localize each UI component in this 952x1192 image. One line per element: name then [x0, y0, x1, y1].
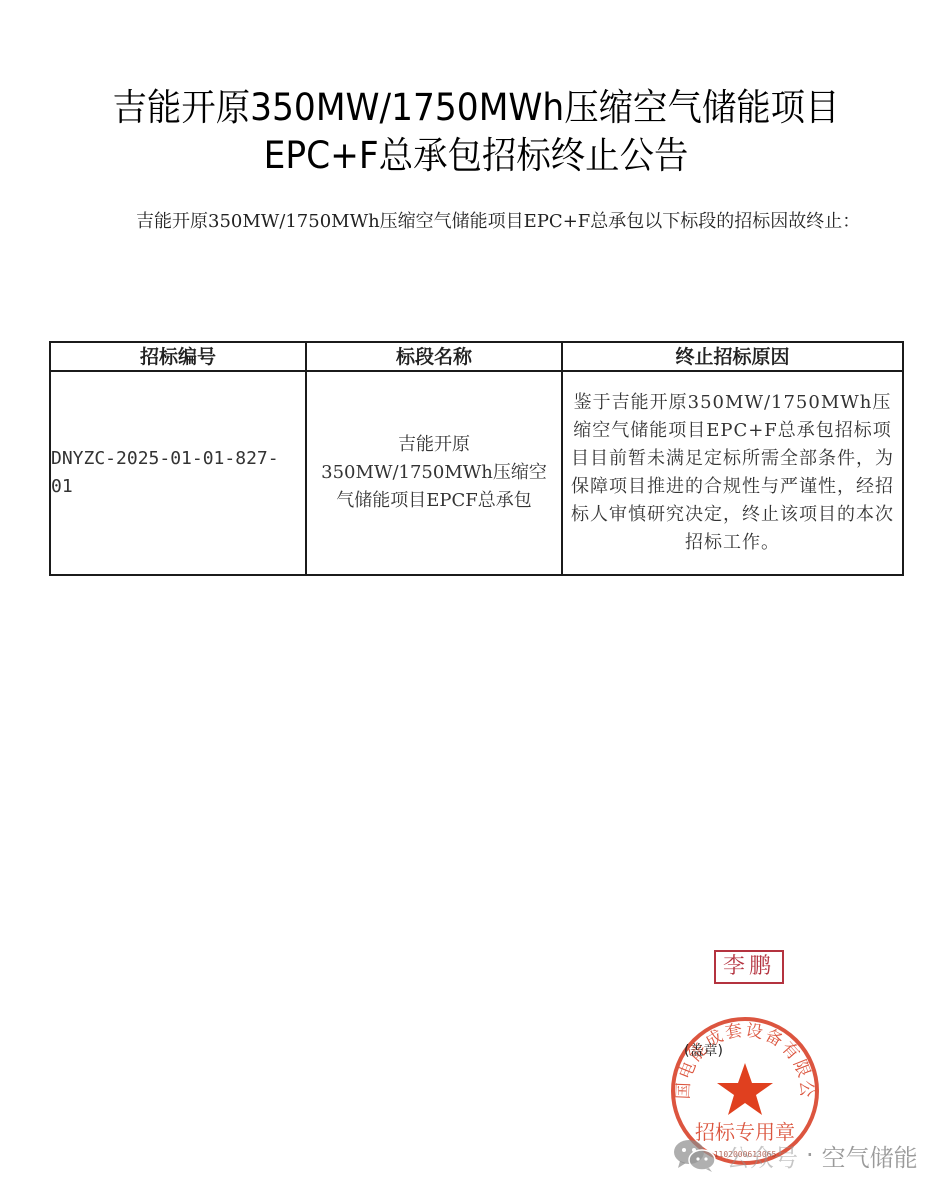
watermark: 公众号 · 空气储能	[672, 1135, 918, 1175]
header-termination-reason: 终止招标原因	[562, 342, 903, 371]
header-bid-number: 招标编号	[50, 342, 306, 371]
bid-number-text: DNYZC-2025-01-01-827-01	[51, 445, 281, 501]
watermark-prefix: 公众号	[726, 1138, 798, 1173]
watermark-account: 空气储能	[822, 1138, 918, 1173]
wechat-icon	[672, 1137, 718, 1173]
cell-section-name: 吉能开原350MW/1750MWh压缩空气储能项目EPCF总承包	[306, 371, 562, 575]
table-header-row: 招标编号 标段名称 终止招标原因	[50, 342, 903, 371]
header-section-name: 标段名称	[306, 342, 562, 371]
document-title-line2: EPC+F总承包招标终止公告	[33, 132, 918, 180]
seal-label: (盖章)	[684, 1040, 723, 1060]
intro-paragraph: 吉能开原350MW/1750MWh压缩空气储能项目EPC+F总承包以下标段的招标…	[50, 206, 895, 237]
cell-bid-number: DNYZC-2025-01-01-827-01	[50, 371, 306, 575]
signature-name-seal: 李鹏	[714, 950, 784, 984]
watermark-separator: ·	[806, 1141, 814, 1169]
section-name-text: 吉能开原350MW/1750MWh压缩空气储能项目EPCF总承包	[307, 431, 561, 515]
table-row: DNYZC-2025-01-01-827-01 吉能开原350MW/1750MW…	[50, 371, 903, 575]
cell-termination-reason: 鉴于吉能开原350MW/1750MWh压缩空气储能项目EPC+F总承包招标项目目…	[562, 371, 903, 575]
termination-table: 招标编号 标段名称 终止招标原因 DNYZC-2025-01-01-827-01…	[49, 341, 904, 576]
document-title-line1: 吉能开原350MW/1750MWh压缩空气储能项目	[33, 84, 918, 132]
termination-reason-text: 鉴于吉能开原350MW/1750MWh压缩空气储能项目EPC+F总承包招标项目目…	[563, 389, 902, 557]
